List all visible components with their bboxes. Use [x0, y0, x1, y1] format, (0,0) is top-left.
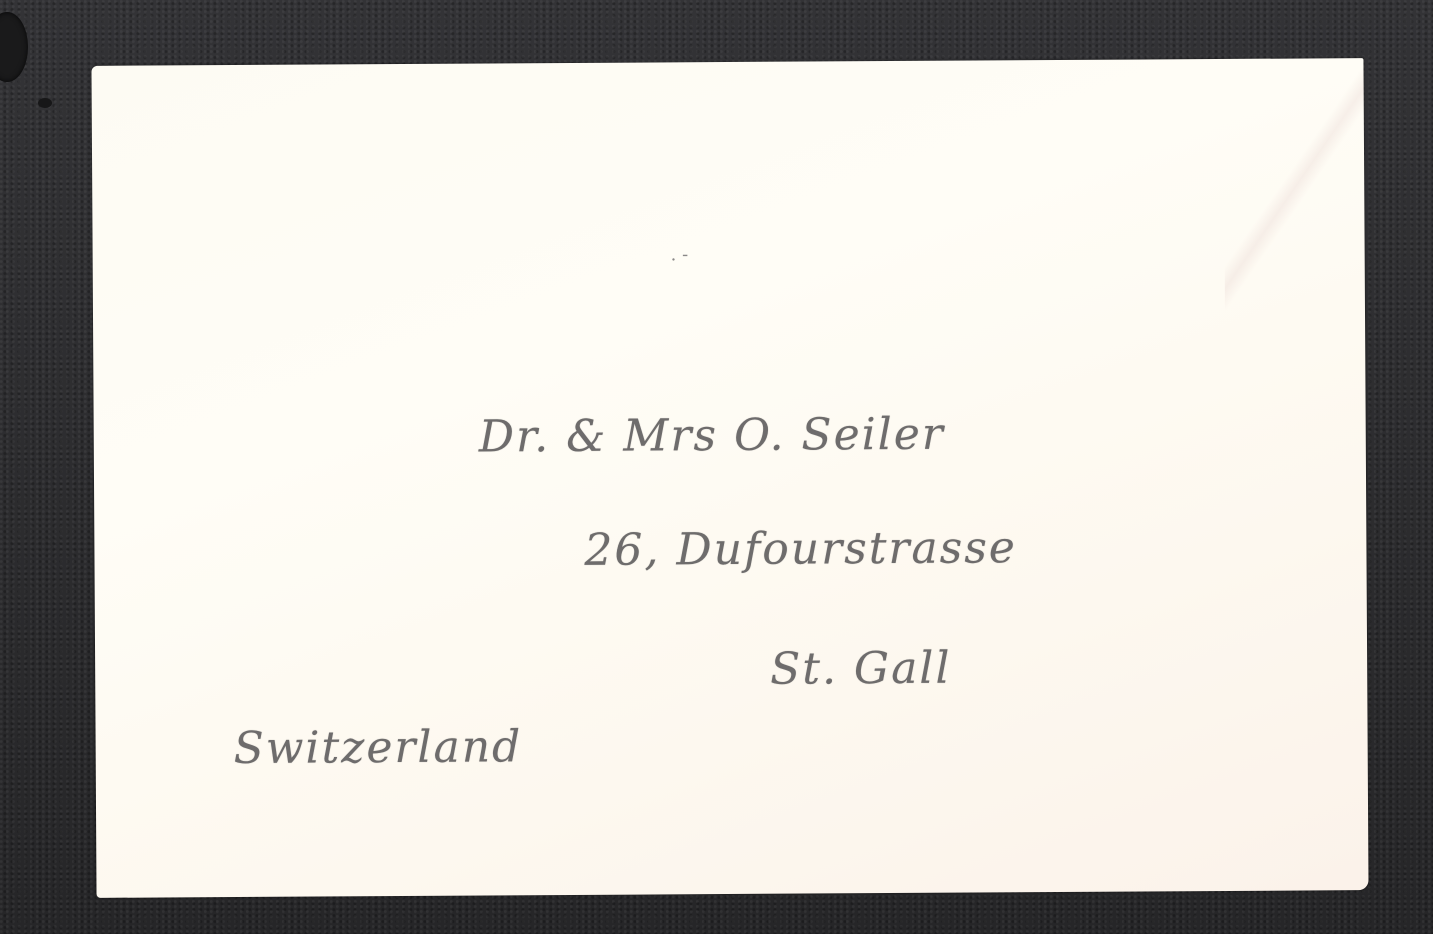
street-address: 26, Dufourstrasse [584, 522, 1017, 576]
pencil-marks: . - [671, 244, 689, 265]
envelope-fold-crease [1223, 58, 1365, 319]
country: Switzerland [233, 721, 522, 774]
album-mark [38, 98, 52, 108]
city: St. Gall [770, 643, 952, 695]
envelope: . - Dr. & Mrs O. Seiler 26, Dufourstrass… [91, 58, 1368, 898]
addressee-name: Dr. & Mrs O. Seiler [479, 409, 945, 463]
album-hole [0, 12, 28, 82]
